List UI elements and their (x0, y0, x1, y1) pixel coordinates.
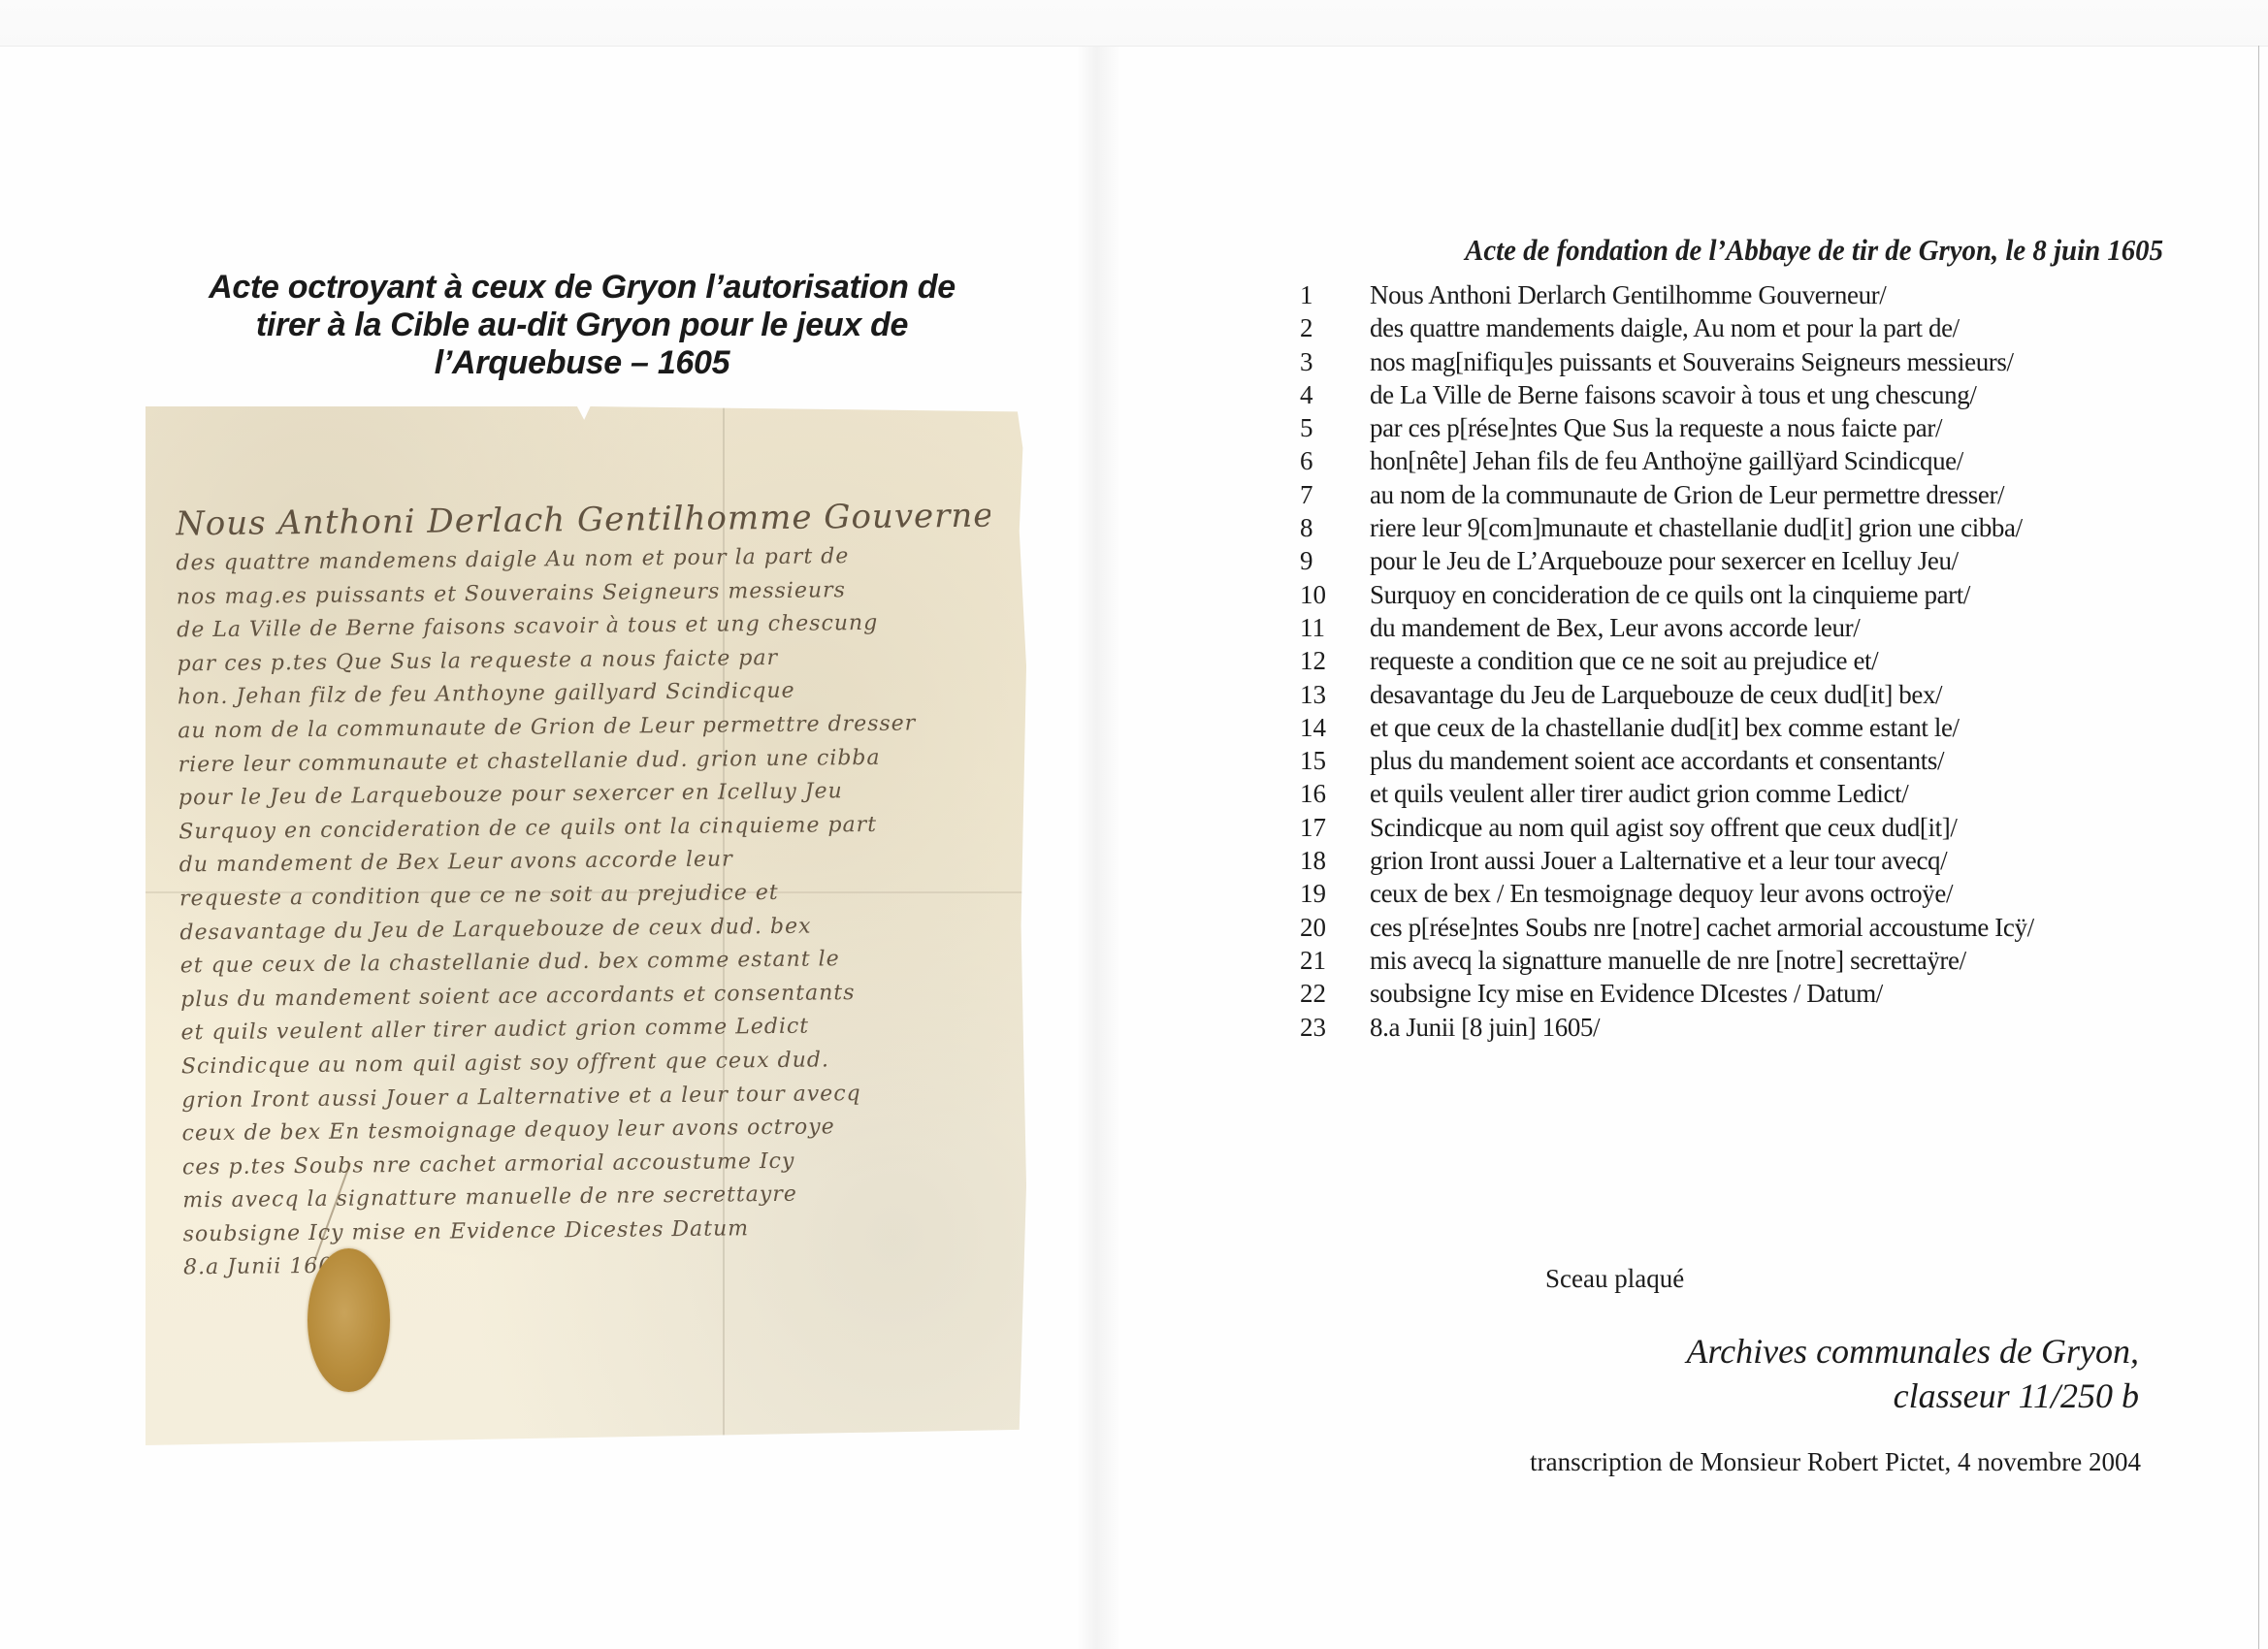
left-title-line-1: Acte octroyant à ceux de Gryon l’autoris… (146, 269, 1019, 307)
scan-top-strip (0, 0, 2268, 47)
line-text: desavantage du Jeu de Larquebouze de ceu… (1370, 678, 2163, 711)
line-text: requeste a condition que ce ne soit au p… (1370, 644, 2163, 677)
line-text: par ces p[rése]ntes Que Sus la requeste … (1370, 411, 2163, 444)
line-text: Scindicque au nom quil agist soy offrent… (1370, 811, 2163, 844)
line-number: 20 (1290, 911, 1370, 944)
line-text: plus du mandement soient ace accordants … (1370, 744, 2163, 777)
transcription-line: 20ces p[rése]ntes Soubs nre [notre] cach… (1290, 911, 2163, 944)
manuscript-photo: Nous Anthoni Derlach Gentilhomme Gouvern… (146, 406, 1026, 1445)
line-text: et quils veulent aller tirer audict grio… (1370, 777, 2163, 810)
line-text: Nous Anthoni Derlarch Gentilhomme Gouver… (1370, 278, 2163, 311)
transcription-line: 21mis avecq la signatture manuelle de nr… (1290, 944, 2163, 977)
right-page-title: Acte de fondation de l’Abbaye de tir de … (1324, 233, 2163, 268)
line-number: 1 (1290, 278, 1370, 311)
line-number: 19 (1290, 877, 1370, 910)
line-text: ces p[rése]ntes Soubs nre [notre] cachet… (1370, 911, 2107, 944)
line-number: 10 (1290, 578, 1370, 611)
wax-seal: wax seal (308, 1248, 390, 1392)
line-text: et que ceux de la chastellanie dud[it] b… (1370, 711, 2163, 744)
line-number: 9 (1290, 544, 1370, 577)
line-number: 17 (1290, 811, 1370, 844)
transcription-list: 1Nous Anthoni Derlarch Gentilhomme Gouve… (1290, 278, 2163, 1044)
transcription-line: 15plus du mandement soient ace accordant… (1290, 744, 2163, 777)
handwritten-line: Nous Anthoni Derlach Gentilhomme Gouvern… (176, 495, 990, 546)
line-text: soubsigne Icy mise en Evidence DIcestes … (1370, 977, 2163, 1010)
line-number: 5 (1290, 411, 1370, 444)
seal-note: Sceau plaqué (1545, 1264, 1684, 1294)
line-text: Surquoy en concideration de ce quils ont… (1370, 578, 2163, 611)
line-text: 8.a Junii [8 juin] 1605/ (1370, 1011, 2163, 1044)
line-number: 14 (1290, 711, 1370, 744)
line-text: des quattre mandements daigle, Au nom et… (1370, 311, 2163, 344)
handwritten-text: Nous Anthoni Derlach Gentilhomme Gouvern… (176, 495, 998, 1286)
transcription-line: 10Surquoy en concideration de ce quils o… (1290, 578, 2163, 611)
transcription-line: 1Nous Anthoni Derlarch Gentilhomme Gouve… (1290, 278, 2163, 311)
line-number: 8 (1290, 511, 1370, 544)
line-number: 3 (1290, 345, 1370, 378)
transcription-line: 17Scindicque au nom quil agist soy offre… (1290, 811, 2163, 844)
archive-line-2: classeur 11/250 b (1455, 1374, 2139, 1418)
handwritten-line: 8.a Junii 1605 (183, 1244, 998, 1285)
line-number: 12 (1290, 644, 1370, 677)
line-text: mis avecq la signatture manuelle de nre … (1370, 944, 2163, 977)
transcription-line: 19ceux de bex / En tesmoignage dequoy le… (1290, 877, 2163, 910)
transcription-line: 6hon[nête] Jehan fils de feu Anthoÿne ga… (1290, 444, 2163, 477)
transcription-line: 7au nom de la communaute de Grion de Leu… (1290, 478, 2163, 511)
transcription-line: 11du mandement de Bex, Leur avons accord… (1290, 611, 2163, 644)
transcription-line: 22soubsigne Icy mise en Evidence DIceste… (1290, 977, 2163, 1010)
left-page-title: Acte octroyant à ceux de Gryon l’autoris… (146, 269, 1019, 382)
transcription-line: 14et que ceux de la chastellanie dud[it]… (1290, 711, 2163, 744)
page-right-edge-line (2258, 46, 2259, 1649)
transcription-line: 12requeste a condition que ce ne soit au… (1290, 644, 2163, 677)
line-text: hon[nête] Jehan fils de feu Anthoÿne gai… (1370, 444, 2163, 477)
transcription-line: 2des quattre mandements daigle, Au nom e… (1290, 311, 2163, 344)
archive-line-1: Archives communales de Gryon, (1455, 1329, 2139, 1374)
line-number: 15 (1290, 744, 1370, 777)
line-number: 11 (1290, 611, 1370, 644)
line-text: du mandement de Bex, Leur avons accorde … (1370, 611, 2163, 644)
transcription-line: 4de La Ville de Berne faisons scavoir à … (1290, 378, 2163, 411)
line-text: nos mag[nifiqu]es puissants et Souverain… (1370, 345, 2068, 378)
left-title-line-3: l’Arquebuse – 1605 (146, 344, 1019, 382)
line-number: 4 (1290, 378, 1370, 411)
left-title-line-2: tirer à la Cible au-dit Gryon pour le je… (146, 307, 1019, 344)
line-number: 6 (1290, 444, 1370, 477)
archive-reference: Archives communales de Gryon, classeur 1… (1455, 1329, 2139, 1418)
transcription-line: 9pour le Jeu de L’Arquebouze pour sexerc… (1290, 544, 2163, 577)
transcription-line: 16et quils veulent aller tirer audict gr… (1290, 777, 2163, 810)
line-number: 22 (1290, 977, 1370, 1010)
line-text: pour le Jeu de L’Arquebouze pour sexerce… (1370, 544, 2163, 577)
line-text: au nom de la communaute de Grion de Leur… (1370, 478, 2068, 511)
transcription-line: 8riere leur 9[com]munaute et chastellani… (1290, 511, 2163, 544)
page-gutter-shadow (1077, 46, 1120, 1649)
line-number: 21 (1290, 944, 1370, 977)
line-text: riere leur 9[com]munaute et chastellanie… (1370, 511, 2088, 544)
transcription-line: 18grion Iront aussi Jouer a Lalternative… (1290, 844, 2163, 877)
line-number: 7 (1290, 478, 1370, 511)
line-text: grion Iront aussi Jouer a Lalternative e… (1370, 844, 2163, 877)
line-number: 18 (1290, 844, 1370, 877)
line-number: 13 (1290, 678, 1370, 711)
transcription-line: 238.a Junii [8 juin] 1605/ (1290, 1011, 2163, 1044)
line-number: 16 (1290, 777, 1370, 810)
transcription-line: 3nos mag[nifiqu]es puissants et Souverai… (1290, 345, 2163, 378)
transcription-line: 13desavantage du Jeu de Larquebouze de c… (1290, 678, 2163, 711)
line-number: 23 (1290, 1011, 1370, 1044)
line-number: 2 (1290, 311, 1370, 344)
line-text: ceux de bex / En tesmoignage dequoy leur… (1370, 877, 2163, 910)
line-text: de La Ville de Berne faisons scavoir à t… (1370, 378, 2163, 411)
transcription-credit: transcription de Monsieur Robert Pictet,… (1358, 1447, 2141, 1477)
transcription-line: 5par ces p[rése]ntes Que Sus la requeste… (1290, 411, 2163, 444)
